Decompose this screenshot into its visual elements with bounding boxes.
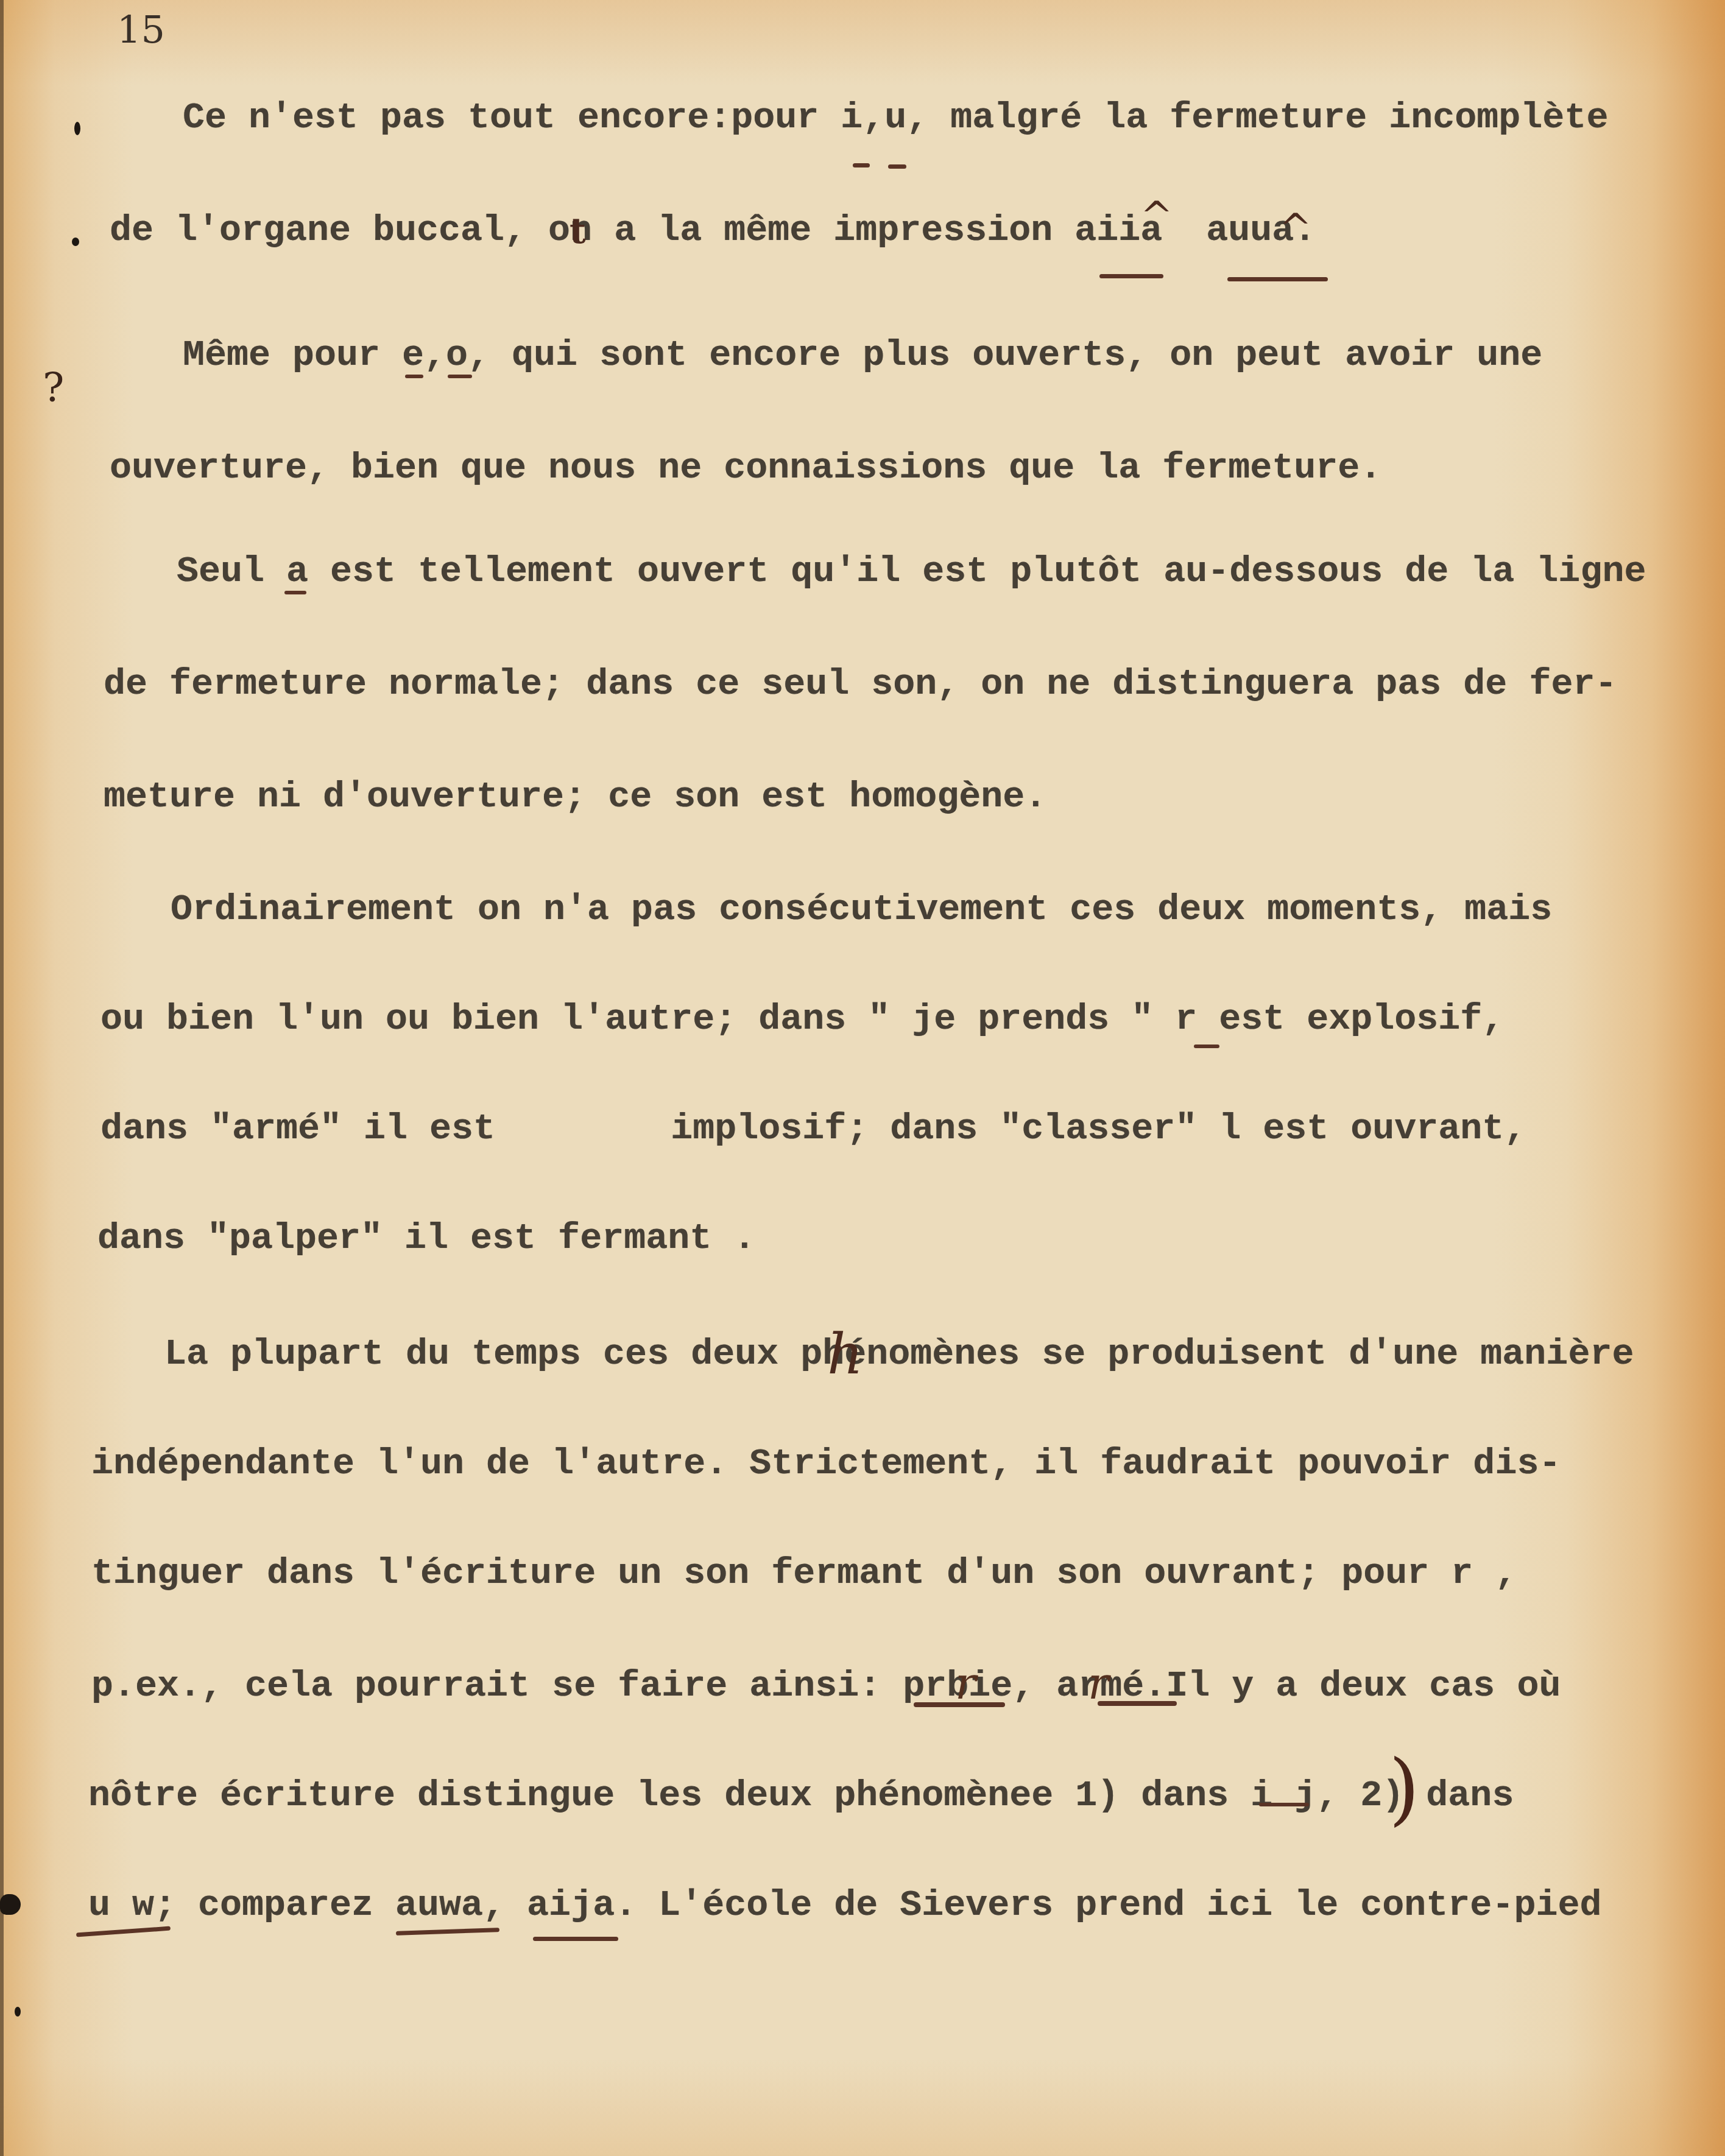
underline-aiia — [1099, 274, 1163, 278]
text-line-17: u w; comparez auwa, aija. L'école de Sie… — [88, 1885, 1601, 1926]
underline-auwa — [396, 1928, 499, 1936]
text-line-5: Seul a est tellement ouvert qu'il est pl… — [177, 551, 1646, 593]
text-line-3: Même pour e,o, qui sont encore plus ouve… — [183, 335, 1542, 376]
underline-u-w — [76, 1926, 171, 1937]
correction-h: h — [827, 1322, 863, 1387]
page-number: 15 — [117, 7, 165, 52]
underline-r — [1194, 1045, 1219, 1048]
text-line-2: de l'organe buccal, on a la même impress… — [110, 210, 1316, 252]
underline-aija — [533, 1937, 618, 1941]
text-line-8: Ordinairement on n'a pas consécutivement… — [171, 889, 1552, 931]
text-line-10: dans "armé" il est implosif; dans "class… — [101, 1108, 1526, 1150]
closing-r-symbol: r — [955, 1658, 976, 1709]
bracket-mark: ) — [1389, 1742, 1420, 1834]
underline-arme — [1098, 1701, 1177, 1706]
page-binding-edge — [0, 0, 4, 2156]
text-line-14: tinguer dans l'écriture un son fermant d… — [91, 1553, 1517, 1594]
text-line-1: Ce n'est pas tout encore:pour i,u, malgr… — [183, 97, 1608, 139]
underline-auua — [1227, 277, 1328, 281]
underline-i-j — [1259, 1803, 1309, 1806]
text-line-4: ouverture, bien que nous ne connaissions… — [110, 448, 1381, 489]
underline-e — [405, 375, 423, 378]
underline-prbie — [914, 1702, 1005, 1707]
circumflex-mark-aiia: ^ — [1140, 194, 1173, 239]
margin-ink-blot — [0, 1894, 21, 1915]
underline-u — [888, 164, 906, 169]
underline-i — [853, 163, 870, 167]
underline-a — [284, 591, 306, 594]
text-line-6: de fermeture normale; dans ce seul son, … — [104, 664, 1617, 705]
text-line-12: La plupart du temps ces deux phénomènes … — [164, 1334, 1634, 1375]
margin-question-mark: ? — [43, 364, 64, 411]
underline-o — [448, 375, 472, 378]
text-line-11: dans "palper" il est fermant . — [97, 1218, 755, 1259]
margin-mark-3 — [15, 2007, 21, 2017]
margin-mark-1 — [74, 122, 80, 135]
circumflex-mark-auua: ^ — [1279, 206, 1312, 251]
text-line-15: p.ex., cela pourrait se faire ainsi: prb… — [91, 1666, 1561, 1707]
text-line-13: indépendante l'un de l'autre. Strictemen… — [91, 1443, 1561, 1485]
text-line-9: ou bien l'un ou bien l'autre; dans " je … — [101, 999, 1504, 1040]
text-line-7: meture ni d'ouverture; ce son est homogè… — [104, 777, 1046, 818]
text-line-16: nôtre écriture distingue les deux phénom… — [88, 1775, 1514, 1817]
manuscript-page: 15 Ce n'est pas tout encore:pour i,u, ma… — [0, 0, 1725, 2156]
insertion-mark: t — [570, 210, 586, 252]
margin-mark-2 — [72, 238, 79, 246]
